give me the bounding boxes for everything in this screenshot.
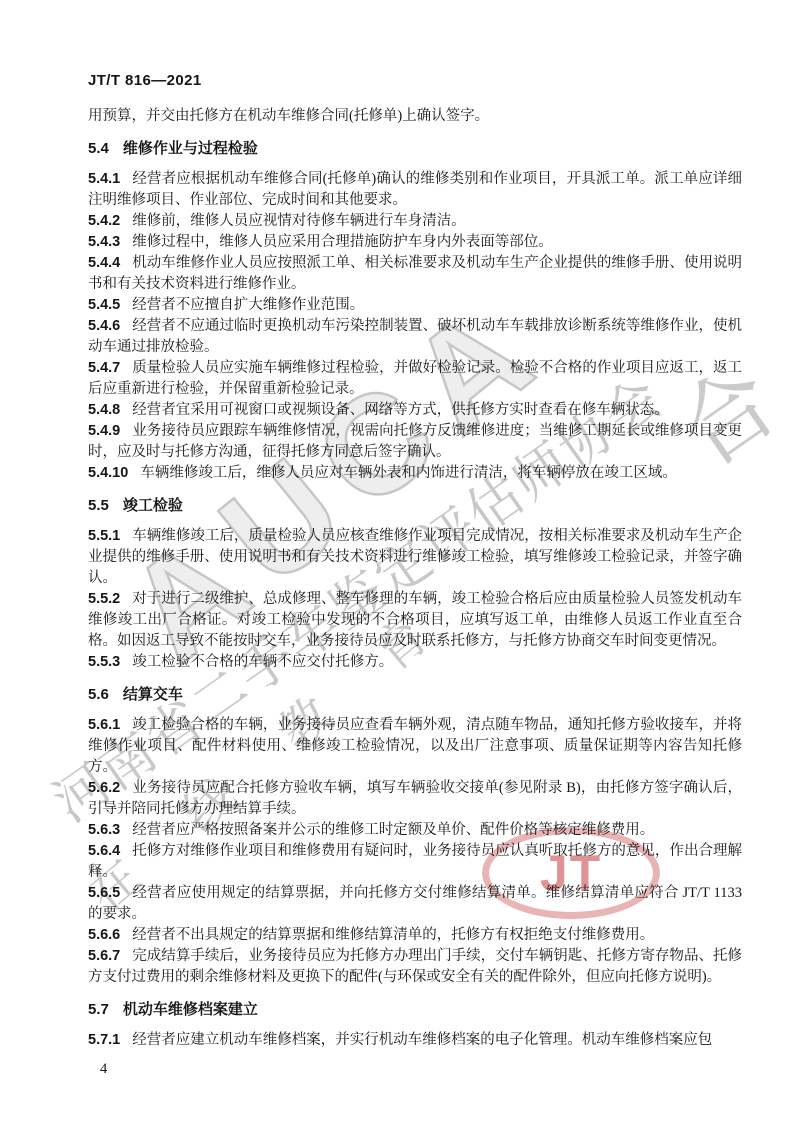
clause-text: 竣工检验合格的车辆，业务接待员应查看车辆外观，清点随车物品，通知托修方验收接车，… xyxy=(88,717,742,775)
clause-text: 托修方对维修作业项目和维修费用有疑问时，业务接待员应认真听取托修方的意见，作出合… xyxy=(88,843,742,880)
clause-paragraph: 5.4.10车辆维修竣工后，维修人员应对车辆外表和内饰进行清洁，将车辆停放在竣工… xyxy=(88,463,742,484)
clause-paragraph: 5.6.7完成结算手续后，业务接待员应为托修方办理出门手续，交付车辆钥匙、托修方… xyxy=(88,946,742,988)
continuation-paragraph: 用预算，并交由托修方在机动车维修合同(托修单)上确认签字。 xyxy=(88,106,742,127)
clause-paragraph: 5.6.3经营者应严格按照备案并公示的维修工时定额及单价、配件价格等核定维修费用… xyxy=(88,820,742,841)
clause-paragraph: 5.5.1车辆维修竣工后，质量检验人员应核查维修作业项目完成情况，按相关标准要求… xyxy=(88,526,742,589)
clause-text: 机动车维修作业人员应按照派工单、相关标准要求及机动车生产企业提供的维修手册、使用… xyxy=(88,255,742,292)
clause-paragraph: 5.4.6经营者不应通过临时更换机动车污染控制装置、破坏机动车车载排放诊断系统等… xyxy=(88,316,742,358)
clause-paragraph: 5.6.5经营者应使用规定的结算票据，并向托修方交付维修结算清单。维修结算清单应… xyxy=(88,883,742,925)
clause-number: 5.6.6 xyxy=(88,927,120,943)
clause-text: 竣工检验不合格的车辆不应交付托修方。 xyxy=(132,654,393,670)
clause-number: 5.6.3 xyxy=(88,822,120,838)
clause-number: 5.5.1 xyxy=(88,528,120,544)
clause-paragraph: 5.4.7质量检验人员应实施车辆维修过程检验，并做好检验记录。检验不合格的作业项… xyxy=(88,358,742,400)
clause-text: 对于进行二级维护、总成修理、整车修理的车辆，竣工检验合格后应由质量检验人员签发机… xyxy=(88,591,742,649)
clause-number: 5.7.1 xyxy=(88,1032,120,1048)
section-title: 维修作业与过程检验 xyxy=(123,140,258,157)
clause-text: 维修过程中，维修人员应采用合理措施防护车身内外表面等部位。 xyxy=(132,234,553,250)
clause-number: 5.6.2 xyxy=(88,780,120,796)
clause-number: 5.4.2 xyxy=(88,213,120,229)
clause-text: 用预算，并交由托修方在机动车维修合同(托修单)上确认签字。 xyxy=(88,108,489,124)
section-heading: 5.6结算交车 xyxy=(88,684,742,705)
clause-number: 5.4.10 xyxy=(88,465,128,481)
clause-text: 经营者宜采用可视窗口或视频设备、网络等方式，供托修方实时查看在修车辆状态。 xyxy=(132,402,669,418)
clause-number: 5.4.3 xyxy=(88,234,120,250)
section-heading: 5.7机动车维修档案建立 xyxy=(88,999,742,1020)
clause-text: 经营者应严格按照备案并公示的维修工时定额及单价、配件价格等核定维修费用。 xyxy=(132,822,654,838)
clause-paragraph: 5.4.1经营者应根据机动车维修合同(托修单)确认的维修类别和作业项目，开具派工… xyxy=(88,169,742,211)
document-page: AUCA 河南省二手车鉴定评估师协会 在线教育 合 JT JT/T 816—20… xyxy=(0,0,800,1131)
clause-text: 经营者不应通过临时更换机动车污染控制装置、破坏机动车车载排放诊断系统等维修作业，… xyxy=(88,318,742,355)
clause-paragraph: 5.5.2对于进行二级维护、总成修理、整车修理的车辆，竣工检验合格后应由质量检验… xyxy=(88,589,742,652)
clause-paragraph: 5.6.4托修方对维修作业项目和维修费用有疑问时，业务接待员应认真听取托修方的意… xyxy=(88,841,742,883)
clause-text: 经营者不应擅自扩大维修作业范围。 xyxy=(132,297,364,313)
clause-number: 5.4.4 xyxy=(88,255,120,271)
clause-text: 质量检验人员应实施车辆维修过程检验，并做好检验记录。检验不合格的作业项目应返工，… xyxy=(88,360,742,397)
clause-number: 5.4.9 xyxy=(88,423,120,439)
section-title: 机动车维修档案建立 xyxy=(123,1001,258,1018)
clause-number: 5.4.5 xyxy=(88,297,120,313)
page-number: 4 xyxy=(88,1059,742,1080)
clause-number: 5.4.6 xyxy=(88,318,120,334)
clause-text: 经营者应使用规定的结算票据，并向托修方交付维修结算清单。维修结算清单应符合 JT… xyxy=(88,885,742,922)
section-number: 5.5 xyxy=(88,497,109,514)
clause-paragraph: 5.4.8经营者宜采用可视窗口或视频设备、网络等方式，供托修方实时查看在修车辆状… xyxy=(88,400,742,421)
clause-number: 5.6.1 xyxy=(88,717,120,733)
clause-number: 5.6.7 xyxy=(88,948,120,964)
clause-text: 经营者应根据机动车维修合同(托修单)确认的维修类别和作业项目，开具派工单。派工单… xyxy=(88,171,742,208)
clause-number: 5.4.1 xyxy=(88,171,120,187)
clause-text: 完成结算手续后，业务接待员应为托修方办理出门手续，交付车辆钥匙、托修方寄存物品、… xyxy=(88,948,742,985)
clause-paragraph: 5.6.6经营者不出具规定的结算票据和维修结算清单的，托修方有权拒绝支付维修费用… xyxy=(88,925,742,946)
clause-text: 经营者应建立机动车维修档案，并实行机动车维修档案的电子化管理。机动车维修档案应包 xyxy=(132,1032,712,1048)
clause-text: 车辆维修竣工后，质量检验人员应核查维修作业项目完成情况，按相关标准要求及机动车生… xyxy=(88,528,742,586)
clause-paragraph: 5.4.5经营者不应擅自扩大维修作业范围。 xyxy=(88,295,742,316)
section-title: 竣工检验 xyxy=(123,497,183,514)
clause-text: 业务接待员应跟踪车辆维修情况，视需向托修方反馈维修进度；当维修工期延长或维修项目… xyxy=(88,423,742,460)
clause-paragraph: 5.6.2业务接待员应配合托修方验收车辆，填写车辆验收交接单(参见附录 B)，由… xyxy=(88,778,742,820)
clause-number: 5.4.8 xyxy=(88,402,120,418)
section-heading: 5.4维修作业与过程检验 xyxy=(88,138,742,159)
clause-text: 业务接待员应配合托修方验收车辆，填写车辆验收交接单(参见附录 B)，由托修方签字… xyxy=(88,780,742,817)
clause-text: 车辆维修竣工后，维修人员应对车辆外表和内饰进行清洁，将车辆停放在竣工区域。 xyxy=(140,465,677,481)
clause-text: 维修前，维修人员应视情对待修车辆进行车身清洁。 xyxy=(132,213,466,229)
clause-number: 5.5.3 xyxy=(88,654,120,670)
clause-number: 5.4.7 xyxy=(88,360,120,376)
document-code: JT/T 816—2021 xyxy=(88,72,202,89)
clause-paragraph: 5.5.3竣工检验不合格的车辆不应交付托修方。 xyxy=(88,652,742,673)
clause-paragraph: 5.4.3维修过程中，维修人员应采用合理措施防护车身内外表面等部位。 xyxy=(88,232,742,253)
clause-number: 5.6.5 xyxy=(88,885,120,901)
section-number: 5.4 xyxy=(88,140,109,157)
clause-number: 5.6.4 xyxy=(88,843,120,859)
content: 用预算，并交由托修方在机动车维修合同(托修单)上确认签字。5.4维修作业与过程检… xyxy=(88,106,742,1080)
section-heading: 5.5竣工检验 xyxy=(88,495,742,516)
section-title: 结算交车 xyxy=(123,686,183,703)
clause-paragraph: 5.4.2维修前，维修人员应视情对待修车辆进行车身清洁。 xyxy=(88,211,742,232)
section-number: 5.6 xyxy=(88,686,109,703)
clause-text: 经营者不出具规定的结算票据和维修结算清单的，托修方有权拒绝支付维修费用。 xyxy=(132,927,654,943)
clause-paragraph: 5.7.1经营者应建立机动车维修档案，并实行机动车维修档案的电子化管理。机动车维… xyxy=(88,1030,742,1051)
clause-paragraph: 5.4.9业务接待员应跟踪车辆维修情况，视需向托修方反馈维修进度；当维修工期延长… xyxy=(88,421,742,463)
clause-paragraph: 5.4.4机动车维修作业人员应按照派工单、相关标准要求及机动车生产企业提供的维修… xyxy=(88,253,742,295)
section-number: 5.7 xyxy=(88,1001,109,1018)
clause-paragraph: 5.6.1竣工检验合格的车辆，业务接待员应查看车辆外观，清点随车物品，通知托修方… xyxy=(88,715,742,778)
clause-number: 5.5.2 xyxy=(88,591,120,607)
